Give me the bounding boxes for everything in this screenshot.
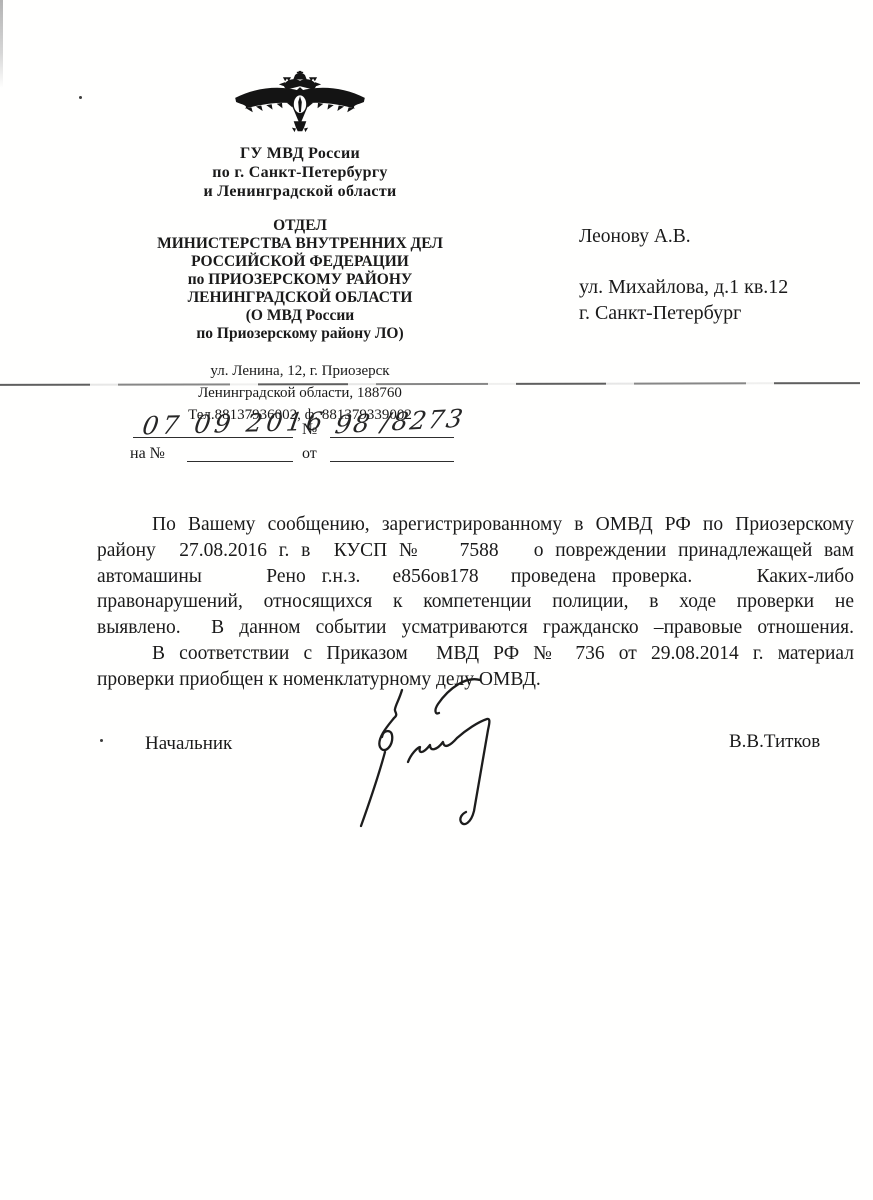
number-label: № bbox=[302, 421, 317, 439]
body-line: району 27.08.2016 г. в КУСП № 7588 о пов… bbox=[97, 538, 854, 564]
department-name-block: ОТДЕЛ МИНИСТЕРСТВА ВНУТРЕННИХ ДЕЛ РОССИЙ… bbox=[95, 217, 505, 343]
body-line: В соответствии с Приказом МВД РФ № 736 о… bbox=[97, 641, 854, 667]
parent-org-line: и Ленинградской области bbox=[95, 182, 505, 201]
department-line: ЛЕНИНГРАДСКОЙ ОБЛАСТИ bbox=[95, 289, 505, 307]
scan-dot-artifact bbox=[79, 96, 82, 99]
handwritten-number: 98 /8273 bbox=[333, 404, 467, 440]
sender-address-line: ул. Ленина, 12, г. Приозерск bbox=[95, 360, 505, 382]
from-label: от bbox=[302, 445, 317, 463]
reply-to-underline bbox=[187, 461, 293, 462]
scan-edge-streak-artifact bbox=[0, 0, 3, 88]
signer-title: Начальник bbox=[145, 733, 232, 755]
reply-to-label: на № bbox=[130, 445, 165, 463]
handwritten-signature-icon bbox=[338, 670, 513, 842]
body-line: По Вашему сообщению, зарегистрированному… bbox=[97, 512, 854, 538]
scan-dot-artifact bbox=[100, 739, 103, 742]
letter-body: По Вашему сообщению, зарегистрированному… bbox=[97, 512, 854, 693]
department-line: РОССИЙСКОЙ ФЕДЕРАЦИИ bbox=[95, 253, 505, 271]
recipient-address-line: г. Санкт-Петербург bbox=[579, 300, 849, 326]
handwritten-date: 07 09 2016 bbox=[140, 407, 328, 441]
department-line: МИНИСТЕРСТВА ВНУТРЕННИХ ДЕЛ bbox=[95, 235, 505, 253]
body-line: правонарушений, относящихся к компетенци… bbox=[97, 589, 854, 615]
parent-org-block: ГУ МВД России по г. Санкт-Петербургу и Л… bbox=[95, 144, 505, 201]
parent-org-line: ГУ МВД России bbox=[95, 144, 505, 163]
department-line: (О МВД России bbox=[95, 307, 505, 325]
scanned-letter-page: ГУ МВД России по г. Санкт-Петербургу и Л… bbox=[0, 0, 873, 1200]
body-line: выявлено. В данном событии усматриваются… bbox=[97, 615, 854, 641]
body-line: автомашины Рено г.н.з. е856ов178 проведе… bbox=[97, 564, 854, 590]
department-line: ОТДЕЛ bbox=[95, 217, 505, 235]
mvd-eagle-emblem-icon bbox=[227, 70, 373, 142]
signer-name: В.В.Титков bbox=[729, 731, 820, 753]
parent-org-line: по г. Санкт-Петербургу bbox=[95, 163, 505, 182]
recipient-address-line: ул. Михайлова, д.1 кв.12 bbox=[579, 274, 849, 300]
department-line: по ПРИОЗЕРСКОМУ РАЙОНУ bbox=[95, 271, 505, 289]
recipient-name: Леонову А.В. bbox=[579, 224, 849, 250]
department-line: по Приозерскому району ЛО) bbox=[95, 325, 505, 343]
recipient-block: Леонову А.В. ул. Михайлова, д.1 кв.12 г.… bbox=[579, 224, 849, 326]
date-underline bbox=[133, 437, 293, 438]
sender-address-line: Ленинградской области, 188760 bbox=[95, 382, 505, 404]
from-underline bbox=[330, 461, 454, 462]
